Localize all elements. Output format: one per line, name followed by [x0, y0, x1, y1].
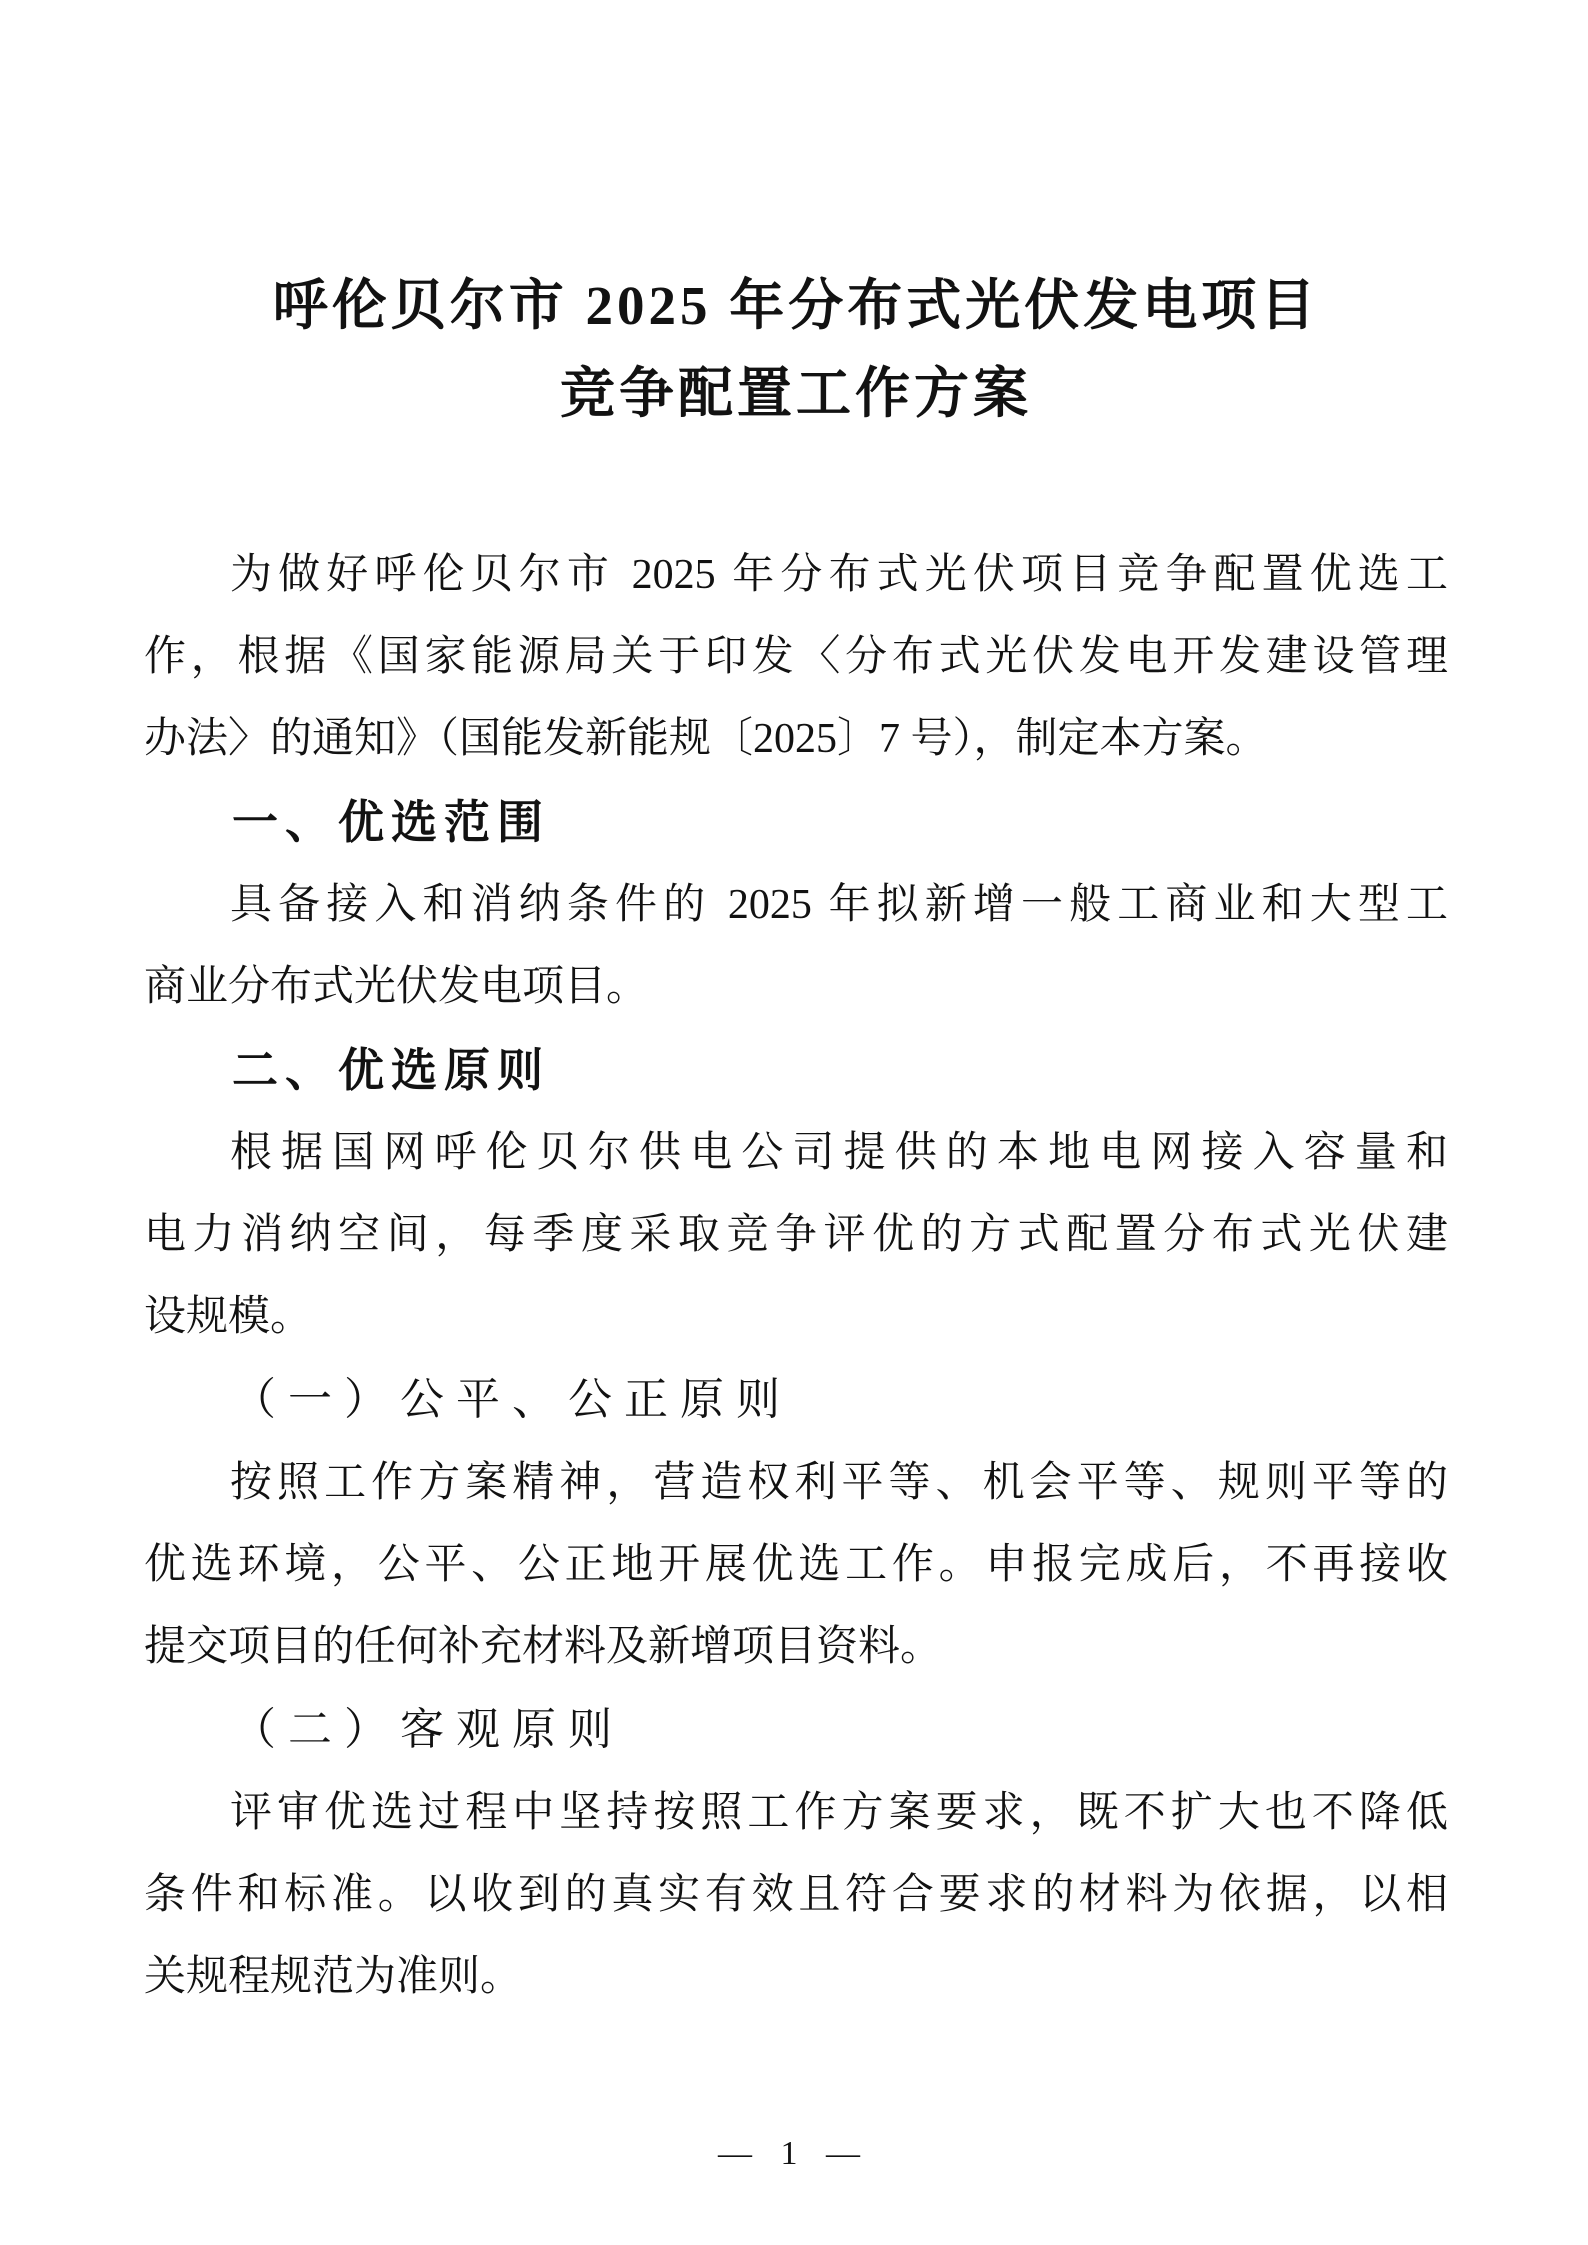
- document-title: 呼伦贝尔市 2025 年分布式光伏发电项目 竞争配置工作方案: [144, 262, 1448, 438]
- document-body: 为做好呼伦贝尔市 2025 年分布式光伏项目竞争配置优选工作，根据《国家能源局关…: [144, 534, 1448, 2018]
- paragraph-line: 具备接入和消纳条件的 2025 年拟新增一般工商业和大型工: [144, 864, 1448, 946]
- section-heading: 二、优选原则: [144, 1028, 1448, 1112]
- paragraph-line: 设规模。: [144, 1276, 1448, 1358]
- document-page: 呼伦贝尔市 2025 年分布式光伏发电项目 竞争配置工作方案 为做好呼伦贝尔市 …: [0, 0, 1588, 2245]
- document-title-line-1: 呼伦贝尔市 2025 年分布式光伏发电项目: [144, 262, 1448, 350]
- paragraph: 评审优选过程中坚持按照工作方案要求，既不扩大也不降低条件和标准。以收到的真实有效…: [144, 1772, 1448, 2018]
- paragraph-line: 按照工作方案精神，营造权利平等、机会平等、规则平等的: [144, 1442, 1448, 1524]
- paragraph-line: 为做好呼伦贝尔市 2025 年分布式光伏项目竞争配置优选工: [144, 534, 1448, 616]
- page-number: — 1 —: [0, 2135, 1588, 2173]
- paragraph-line: 优选环境，公平、公正地开展优选工作。申报完成后，不再接收: [144, 1524, 1448, 1606]
- paragraph: 根据国网呼伦贝尔供电公司提供的本地电网接入容量和电力消纳空间，每季度采取竞争评优…: [144, 1112, 1448, 1358]
- paragraph-line: 根据国网呼伦贝尔供电公司提供的本地电网接入容量和: [144, 1112, 1448, 1194]
- paragraph-line: 作，根据《国家能源局关于印发〈分布式光伏发电开发建设管理: [144, 616, 1448, 698]
- paragraph-line: 关规程规范为准则。: [144, 1936, 1448, 2018]
- paragraph: 具备接入和消纳条件的 2025 年拟新增一般工商业和大型工商业分布式光伏发电项目…: [144, 864, 1448, 1028]
- paragraph-line: 评审优选过程中坚持按照工作方案要求，既不扩大也不降低: [144, 1772, 1448, 1854]
- paragraph-line: 办法〉的通知》（国能发新能规〔2025〕7 号），制定本方案。: [144, 698, 1448, 780]
- section-heading: 一、优选范围: [144, 780, 1448, 864]
- paragraph-line: 提交项目的任何补充材料及新增项目资料。: [144, 1606, 1448, 1688]
- paragraph: 为做好呼伦贝尔市 2025 年分布式光伏项目竞争配置优选工作，根据《国家能源局关…: [144, 534, 1448, 780]
- paragraph-line: 电力消纳空间，每季度采取竞争评优的方式配置分布式光伏建: [144, 1194, 1448, 1276]
- paragraph: 按照工作方案精神，营造权利平等、机会平等、规则平等的优选环境，公平、公正地开展优…: [144, 1442, 1448, 1688]
- sub-heading: （二）客观原则: [144, 1688, 1448, 1772]
- paragraph-line: 条件和标准。以收到的真实有效且符合要求的材料为依据，以相: [144, 1854, 1448, 1936]
- paragraph-line: 商业分布式光伏发电项目。: [144, 946, 1448, 1028]
- sub-heading: （一）公平、公正原则: [144, 1358, 1448, 1442]
- document-title-line-2: 竞争配置工作方案: [144, 350, 1448, 438]
